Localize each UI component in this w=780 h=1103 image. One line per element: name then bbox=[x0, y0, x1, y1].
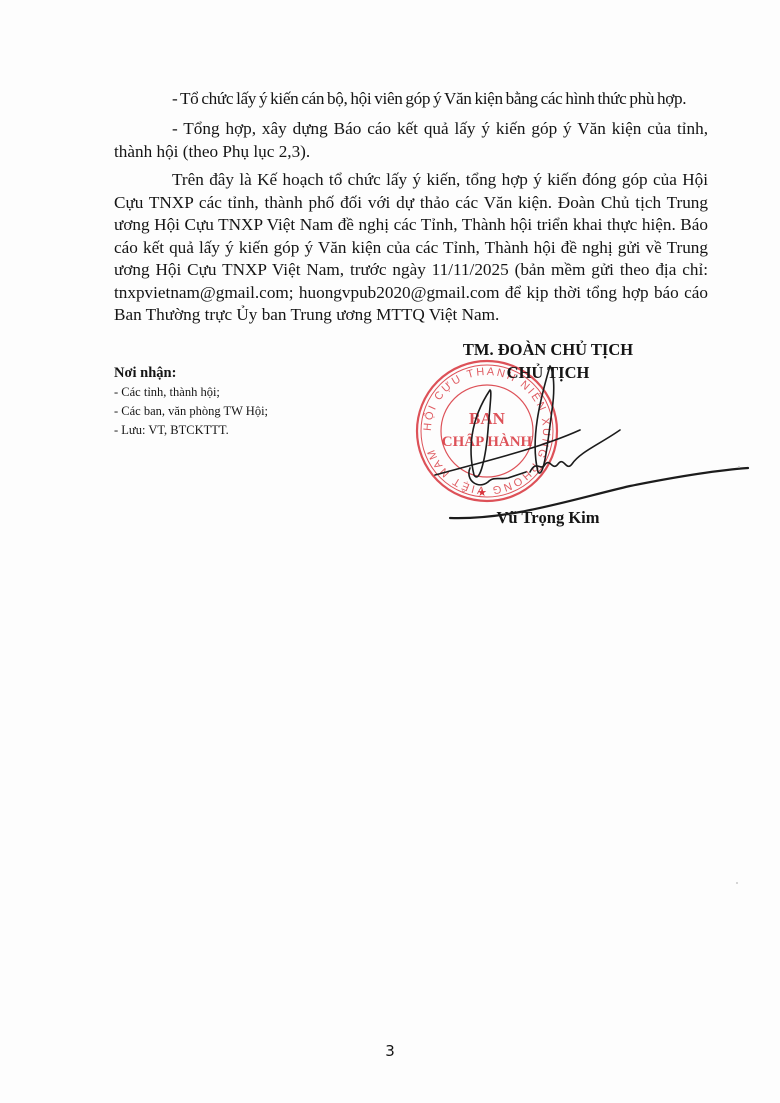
recipient-item: - Lưu: VT, BTCKTTT. bbox=[114, 421, 268, 440]
paragraph-closing: Trên đây là Kế hoạch tổ chức lấy ý kiến,… bbox=[114, 169, 708, 327]
paragraph-compile-report: - Tổng hợp, xây dựng Báo cáo kết quả lấy… bbox=[114, 118, 708, 163]
signer-role-line1: TM. ĐOÀN CHỦ TỊCH bbox=[420, 338, 676, 362]
page-number: 3 bbox=[0, 1042, 780, 1060]
document-page: - Tổ chức lấy ý kiến cán bộ, hội viên gó… bbox=[0, 0, 780, 1103]
recipient-item: - Các tỉnh, thành hội; bbox=[114, 383, 268, 402]
recipients-block: Nơi nhận: - Các tỉnh, thành hội; - Các b… bbox=[114, 363, 268, 440]
handwritten-signature-icon bbox=[430, 360, 750, 530]
scan-artifact bbox=[738, 466, 740, 468]
scan-artifact bbox=[736, 882, 738, 884]
paragraph-collect-opinions: - Tổ chức lấy ý kiến cán bộ, hội viên gó… bbox=[114, 88, 708, 111]
recipients-title: Nơi nhận: bbox=[114, 363, 268, 383]
recipient-item: - Các ban, văn phòng TW Hội; bbox=[114, 402, 268, 421]
